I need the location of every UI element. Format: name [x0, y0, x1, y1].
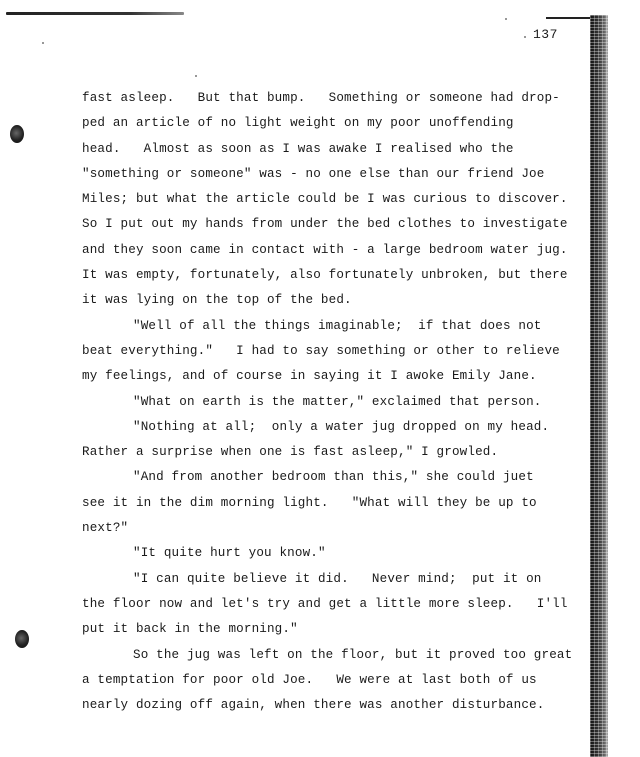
punch-hole-icon — [10, 125, 24, 143]
punch-hole-icon — [15, 630, 29, 648]
text-line: a temptation for poor old Joe. We were a… — [82, 668, 582, 693]
scan-top-rule — [6, 12, 184, 15]
text-line: "What on earth is the matter," exclaimed… — [82, 390, 582, 415]
text-line: "And from another bedroom than this," sh… — [82, 465, 582, 490]
text-line: "something or someone" was - no one else… — [82, 162, 582, 187]
text-line: So the jug was left on the floor, but it… — [82, 643, 582, 668]
typed-page-body: fast asleep. But that bump. Something or… — [82, 86, 582, 718]
text-line: "I can quite believe it did. Never mind;… — [82, 567, 582, 592]
text-line: "Well of all the things imaginable; if t… — [82, 314, 582, 339]
text-line: next?" — [82, 516, 582, 541]
scan-speck — [42, 42, 44, 44]
page-number: 137 — [533, 27, 558, 42]
text-line: So I put out my hands from under the bed… — [82, 212, 582, 237]
text-line: the floor now and let's try and get a li… — [82, 592, 582, 617]
text-line: my feelings, and of course in saying it … — [82, 364, 582, 389]
text-line: "It quite hurt you know." — [82, 541, 582, 566]
text-line: and they soon came in contact with - a l… — [82, 238, 582, 263]
text-line: see it in the dim morning light. "What w… — [82, 491, 582, 516]
scanned-page-edge — [590, 15, 608, 757]
scan-speck — [505, 18, 507, 20]
scan-speck — [195, 75, 197, 77]
text-line: it was lying on the top of the bed. — [82, 288, 582, 313]
text-line: ped an article of no light weight on my … — [82, 111, 582, 136]
scan-top-right-rule — [546, 17, 591, 19]
text-line: fast asleep. But that bump. Something or… — [82, 86, 582, 111]
text-line: head. Almost as soon as I was awake I re… — [82, 137, 582, 162]
text-line: Miles; but what the article could be I w… — [82, 187, 582, 212]
text-line: nearly dozing off again, when there was … — [82, 693, 582, 718]
text-line: put it back in the morning." — [82, 617, 582, 642]
text-line: It was empty, fortunately, also fortunat… — [82, 263, 582, 288]
scan-speck — [524, 36, 526, 38]
text-line: Rather a surprise when one is fast aslee… — [82, 440, 582, 465]
text-line: "Nothing at all; only a water jug droppe… — [82, 415, 582, 440]
text-line: beat everything." I had to say something… — [82, 339, 582, 364]
